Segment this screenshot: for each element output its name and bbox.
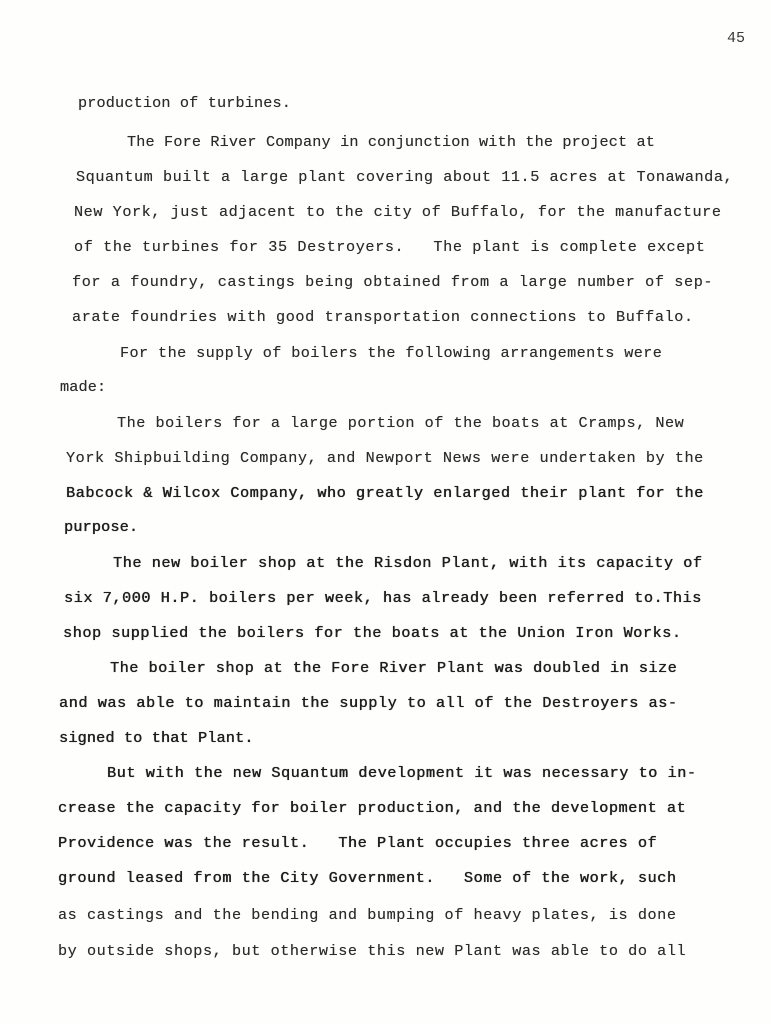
paragraph-first-line: The Fore River Company in conjunction wi… (127, 133, 655, 151)
text-line: made: (60, 378, 106, 396)
text-line: and was able to maintain the supply to a… (59, 694, 678, 712)
paragraph-first-line: But with the new Squantum development it… (107, 764, 697, 782)
text-line: shop supplied the boilers for the boats … (63, 624, 682, 642)
text-line: Squantum built a large plant covering ab… (76, 168, 733, 186)
text-line: for a foundry, castings being obtained f… (72, 273, 713, 291)
text-line: production of turbines. (78, 94, 291, 112)
text-line: purpose. (64, 518, 138, 536)
text-line: by outside shops, but otherwise this new… (58, 942, 686, 960)
page-number: 45 (727, 30, 745, 47)
paragraph-first-line: The new boiler shop at the Risdon Plant,… (113, 554, 703, 572)
text-line: arate foundries with good transportation… (72, 308, 694, 326)
text-line: Babcock & Wilcox Company, who greatly en… (66, 484, 704, 502)
text-line: ground leased from the City Government. … (58, 869, 677, 887)
paragraph-first-line: The boilers for a large portion of the b… (117, 414, 684, 432)
text-line: as castings and the bending and bumping … (58, 906, 677, 924)
paragraph-first-line: For the supply of boilers the following … (120, 344, 662, 362)
paragraph-first-line: The boiler shop at the Fore River Plant … (110, 659, 677, 677)
text-line: of the turbines for 35 Destroyers. The p… (74, 238, 705, 256)
text-line: signed to that Plant. (59, 729, 254, 747)
text-line: six 7,000 H.P. boilers per week, has alr… (64, 589, 702, 607)
text-line: Providence was the result. The Plant occ… (58, 834, 657, 852)
text-line: York Shipbuilding Company, and Newport N… (66, 449, 704, 467)
typewritten-page: 45 production of turbines. The Fore Rive… (0, 0, 771, 1024)
text-line: New York, just adjacent to the city of B… (74, 203, 722, 221)
text-line: crease the capacity for boiler productio… (58, 799, 686, 817)
